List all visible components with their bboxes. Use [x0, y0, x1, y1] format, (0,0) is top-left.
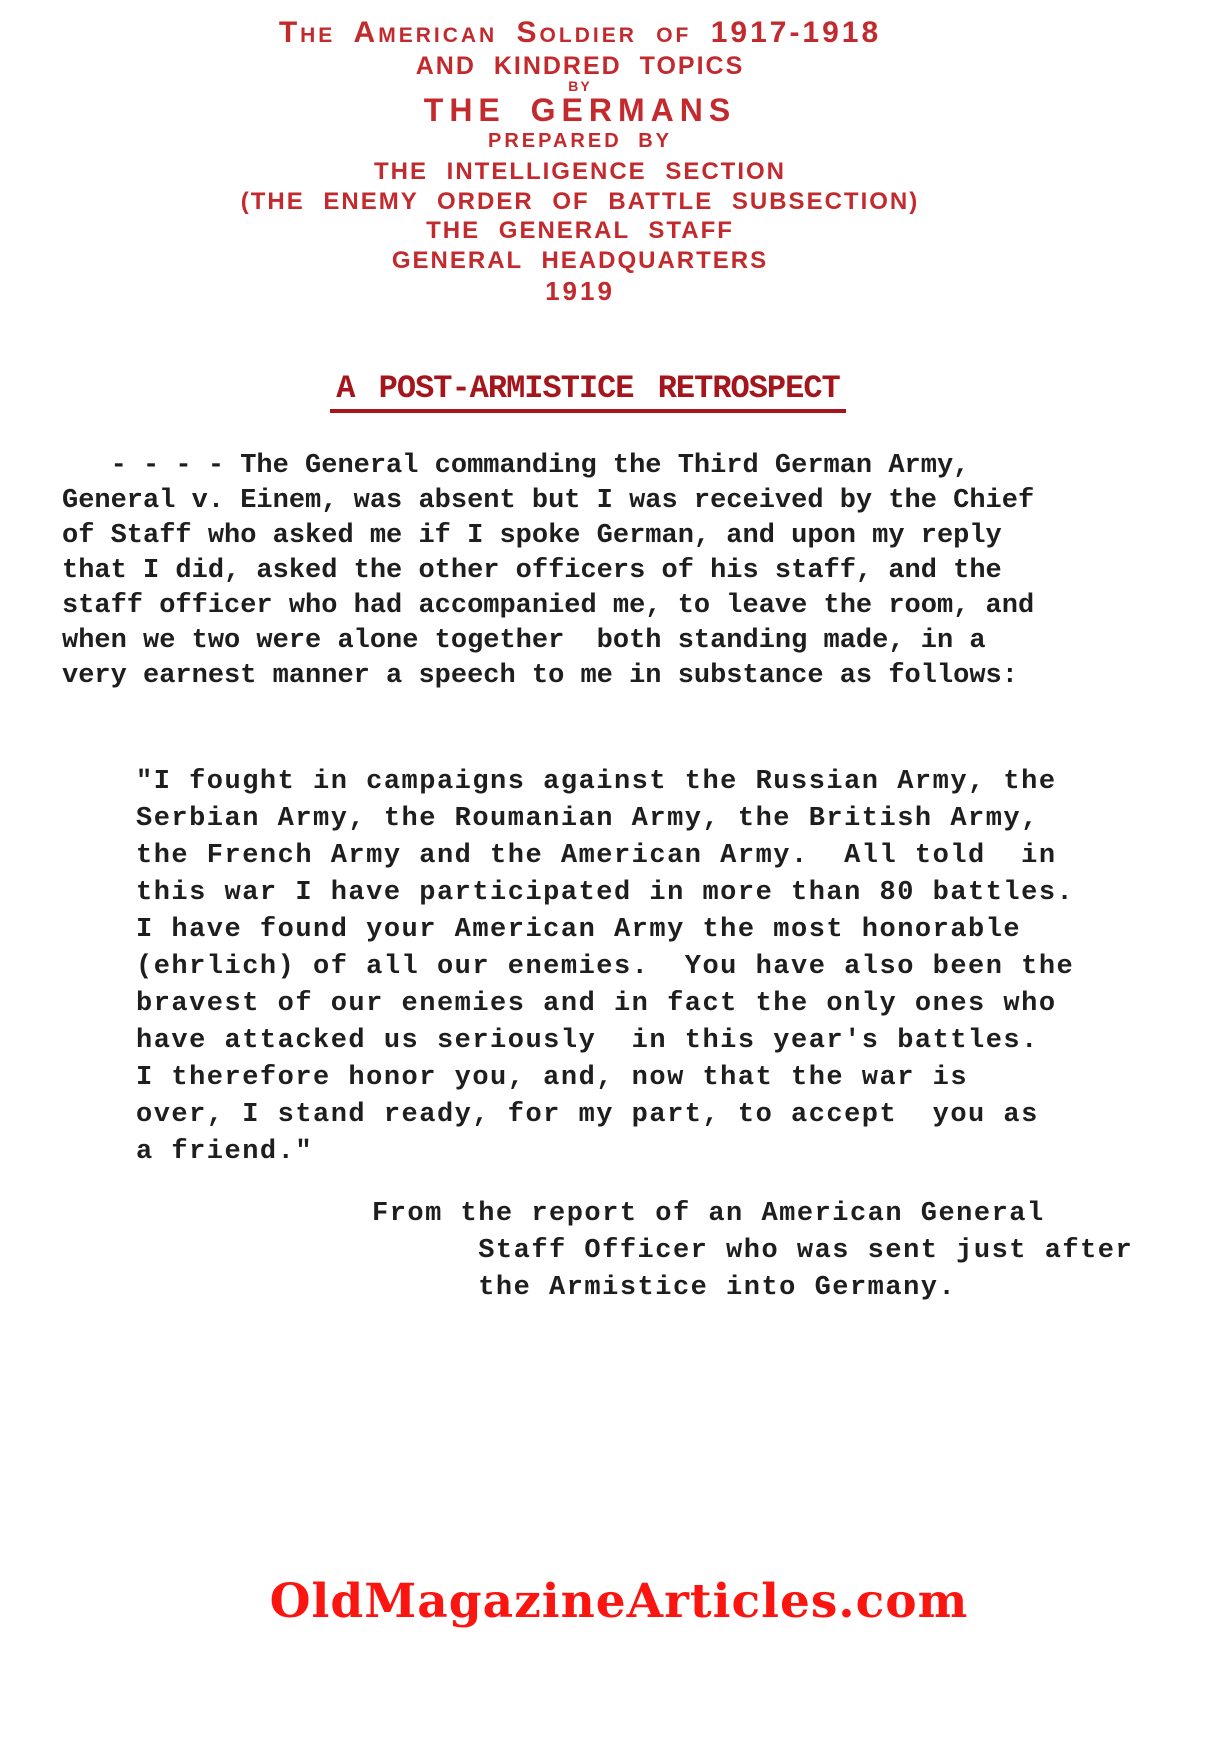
opening-paragraph: - - - - The General commanding the Third… [62, 449, 1034, 694]
text-line: bravest of our enemies and in fact the o… [136, 986, 1074, 1023]
text-line: that I did, asked the other officers of … [62, 554, 1034, 589]
text-line: General v. Einem, was absent but I was r… [62, 484, 1034, 519]
prepared-by-label: PREPARED BY [0, 130, 1160, 153]
text-line: very earnest manner a speech to me in su… [62, 659, 1034, 694]
text-line: Serbian Army, the Roumanian Army, the Br… [136, 801, 1074, 838]
text-line: THE INTELLIGENCE SECTION [0, 158, 1160, 188]
attribution-block: From the report of an American General S… [372, 1196, 1133, 1307]
text-line: over, I stand ready, for my part, to acc… [136, 1097, 1074, 1134]
text-line: of Staff who asked me if I spoke German,… [62, 519, 1034, 554]
quotation-block: "I fought in campaigns against the Russi… [136, 764, 1074, 1171]
publication-title: The American Soldier of 1917-1918 [0, 16, 1160, 50]
text-line: this war I have participated in more tha… [136, 875, 1074, 912]
text-line: staff officer who had accompanied me, to… [62, 589, 1034, 624]
organization-lines: THE INTELLIGENCE SECTION(THE ENEMY ORDER… [0, 158, 1160, 276]
text-line: From the report of an American General [372, 1196, 1133, 1233]
article-title: A POST-ARMISTICE RETROSPECT [0, 368, 1176, 407]
document-page: The American Soldier of 1917-1918 AND KI… [0, 0, 1213, 1737]
text-line: I have found your American Army the most… [136, 912, 1074, 949]
text-line: the French Army and the American Army. A… [136, 838, 1074, 875]
text-line: "I fought in campaigns against the Russi… [136, 764, 1074, 801]
text-line: when we two were alone together both sta… [62, 624, 1034, 659]
text-line: the Armistice into Germany. [372, 1270, 1133, 1307]
text-line: Staff Officer who was sent just after [372, 1233, 1133, 1270]
publication-year: 1919 [0, 276, 1160, 307]
text-line: a friend." [136, 1134, 1074, 1171]
text-line: GENERAL HEADQUARTERS [0, 247, 1160, 277]
watermark-site-text: OldMagazineArticles.com [0, 1574, 1213, 1629]
text-line: I therefore honor you, and, now that the… [136, 1060, 1074, 1097]
author-name: THE GERMANS [0, 92, 1160, 129]
text-line: THE GENERAL STAFF [0, 217, 1160, 247]
publication-subtitle: AND KINDRED TOPICS [0, 52, 1160, 81]
text-line: (ehrlich) of all our enemies. You have a… [136, 949, 1074, 986]
text-line: - - - - The General commanding the Third… [62, 449, 1034, 484]
text-line: have attacked us seriously in this year'… [136, 1023, 1074, 1060]
text-line: (THE ENEMY ORDER OF BATTLE SUBSECTION) [0, 188, 1160, 218]
article-title-text: A POST-ARMISTICE RETROSPECT [330, 370, 845, 413]
